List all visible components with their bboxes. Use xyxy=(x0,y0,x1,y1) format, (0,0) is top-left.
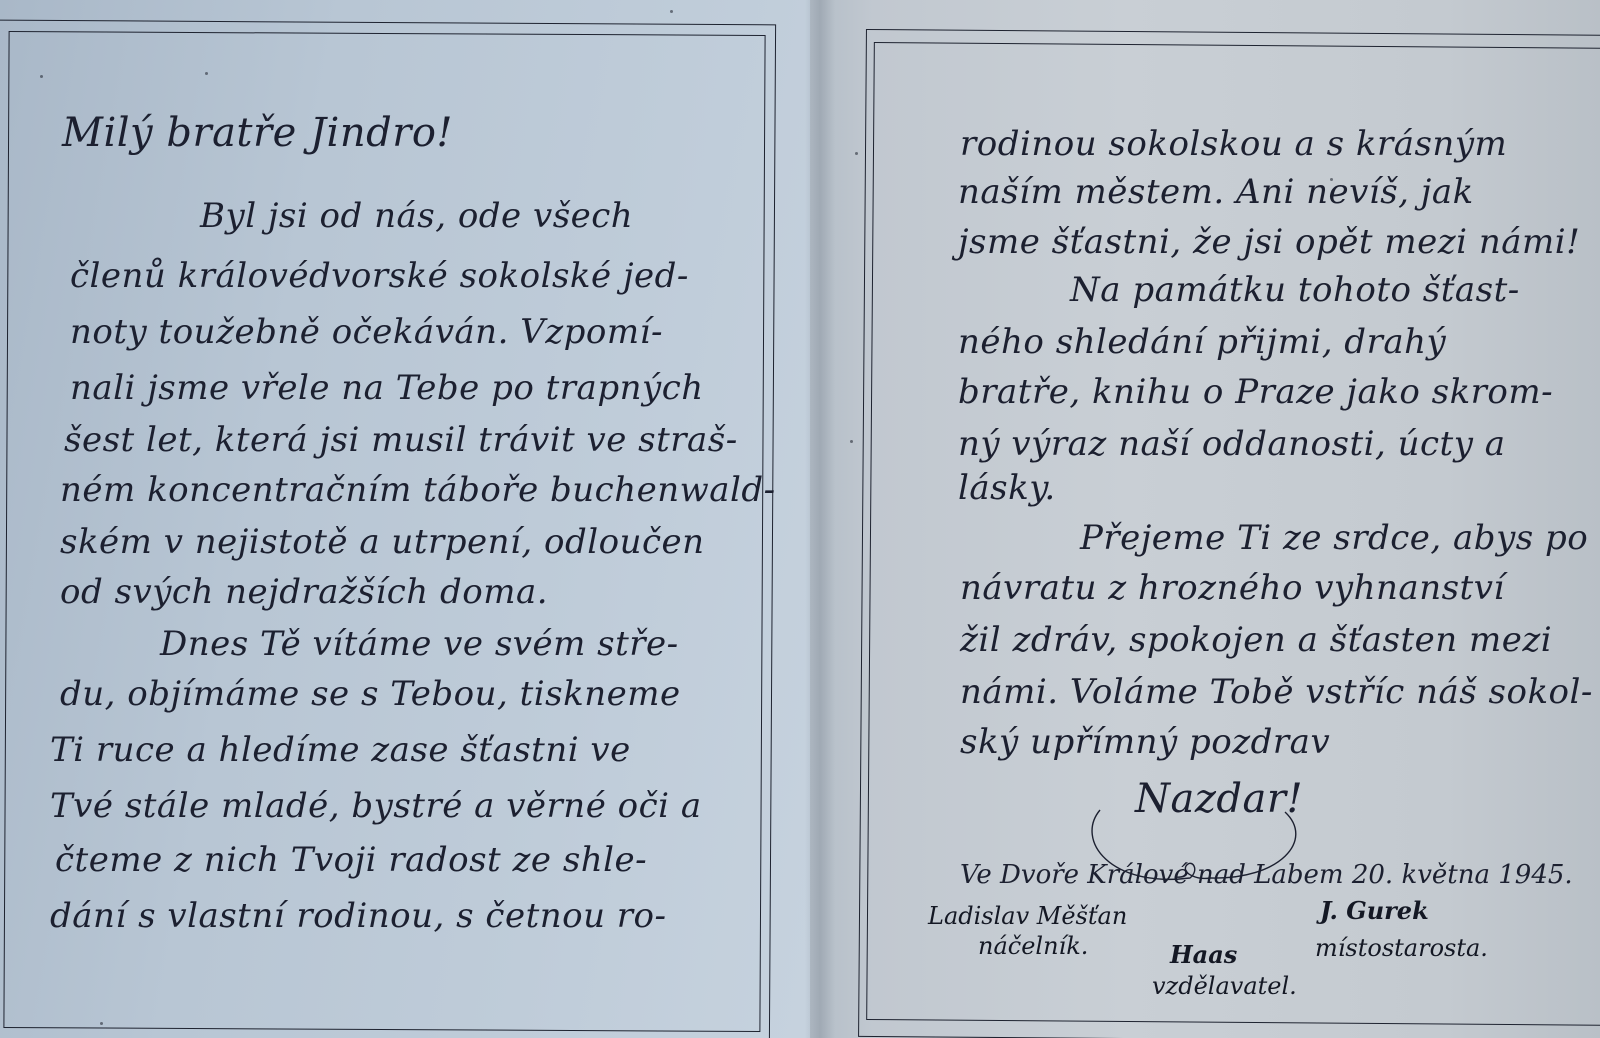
paper-speck xyxy=(855,152,858,155)
body-line: naším městem. Ani nevíš, jak xyxy=(958,172,1474,212)
signature-title: vzdělavatel. xyxy=(1152,972,1297,1000)
paper-speck xyxy=(40,75,43,78)
body-line: členů královédvorské sokolské jed- xyxy=(70,256,689,296)
body-line: Byl jsi od nás, ode všech xyxy=(200,196,633,236)
body-line: čteme z nich Tvoji radost ze shle- xyxy=(55,840,647,880)
right-page: rodinou sokolskou a s krásným naším měst… xyxy=(810,0,1600,1038)
body-line: ném koncentračním táboře buchenwald- xyxy=(60,470,776,510)
body-line: návratu z hrozného vyhnanství xyxy=(960,568,1505,608)
body-line: šest let, která jsi musil trávit ve stra… xyxy=(64,420,738,460)
salutation: Milý bratře Jindro! xyxy=(62,110,453,156)
body-line: ný výraz naší oddanosti, úcty a xyxy=(958,424,1506,464)
signature-title: místostarosta. xyxy=(1315,934,1488,962)
body-line: námi. Voláme Tobě vstříc náš sokol- xyxy=(960,672,1593,712)
signature-name: Haas xyxy=(1170,940,1237,969)
signature-name: Ladislav Měšťan xyxy=(928,902,1127,930)
body-line: noty toužebně očekáván. Vzpomí- xyxy=(70,312,663,352)
paper-speck xyxy=(850,440,853,443)
body-line: Dnes Tě vítáme ve svém stře- xyxy=(160,624,679,664)
body-line: žil zdráv, spokojen a šťasten mezi xyxy=(960,620,1552,660)
signature-name: J. Gurek xyxy=(1320,896,1429,925)
body-line: Na památku tohoto šťast- xyxy=(1070,270,1520,310)
body-line: rodinou sokolskou a s krásným xyxy=(960,124,1507,164)
body-line: ného shledání přijmi, drahý xyxy=(958,322,1446,362)
left-page: Milý bratře Jindro! Byl jsi od nás, ode … xyxy=(0,0,810,1038)
paper-speck xyxy=(205,72,208,75)
body-line: od svých nejdražších doma. xyxy=(60,572,548,612)
place-date: Ve Dvoře Králové nad Labem 20. května 19… xyxy=(960,860,1573,890)
paper-speck xyxy=(100,1022,103,1025)
body-line: Ti ruce a hledíme zase šťastni ve xyxy=(50,730,631,770)
signature-title: náčelník. xyxy=(978,932,1088,960)
body-line: dání s vlastní rodinou, s četnou ro- xyxy=(50,896,667,936)
body-line: du, objímáme se s Tebou, tiskneme xyxy=(60,674,681,714)
body-line: ský upřímný pozdrav xyxy=(960,722,1330,762)
body-line: Přejeme Ti ze srdce, abys po xyxy=(1080,518,1588,558)
body-line: Tvé stále mladé, bystré a věrné oči a xyxy=(50,786,702,826)
letter-spread: Milý bratře Jindro! Byl jsi od nás, ode … xyxy=(0,0,1600,1038)
paper-speck xyxy=(670,10,673,13)
body-line: jsme šťastni, že jsi opět mezi námi! xyxy=(958,222,1580,262)
body-line: nali jsme vřele na Tebe po trapných xyxy=(70,368,704,408)
body-line: bratře, knihu o Praze jako skrom- xyxy=(958,372,1553,412)
paper-speck xyxy=(1330,178,1333,181)
body-line: ském v nejistotě a utrpení, odloučen xyxy=(60,522,705,562)
body-line: lásky. xyxy=(958,468,1056,508)
